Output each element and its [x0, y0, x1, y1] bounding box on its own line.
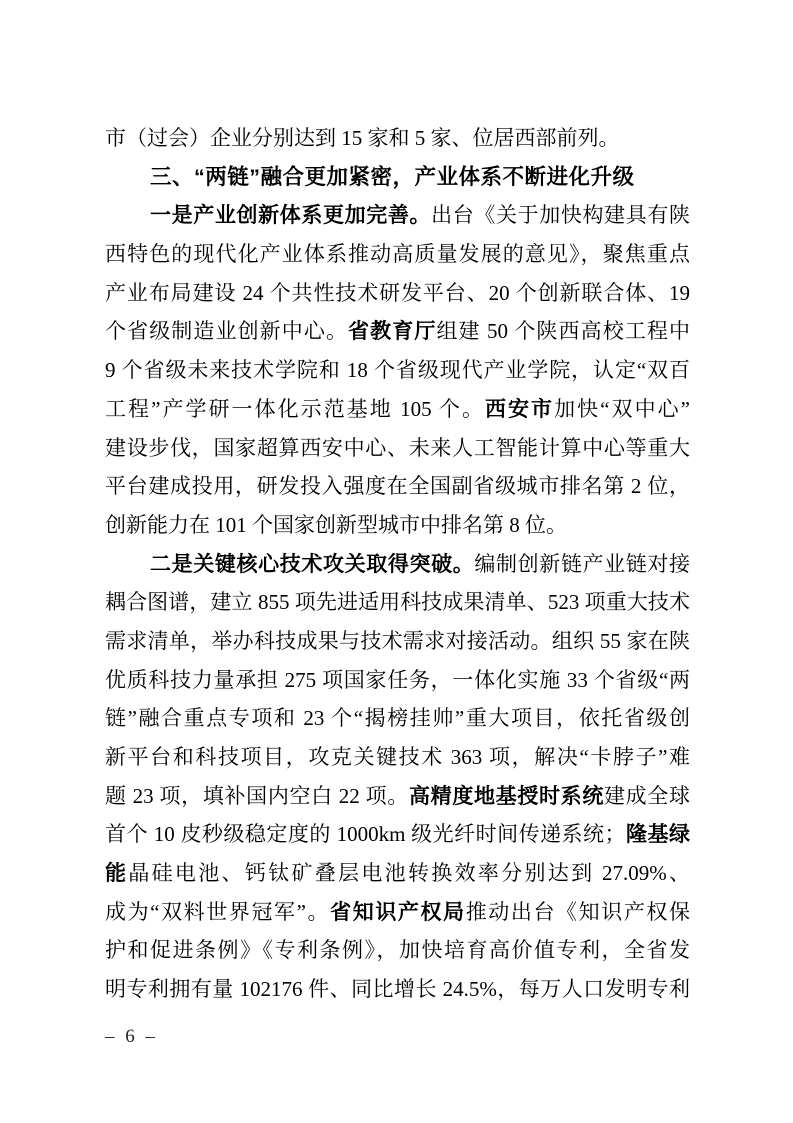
- text-run: 护和促进条例》《专利条例》，加快培育高价值专利，全省发: [105, 938, 690, 962]
- text-line: 优质科技力量承担 275 项国家任务，一体化实施 33 个省级“两: [105, 661, 690, 700]
- text-line: 建设步伐，国家超算西安中心、未来人工智能计算中心等重大: [105, 429, 690, 468]
- text-run: 耦合图谱，建立 855 项先进适用科技成果清单、523 项重大技术: [105, 590, 690, 614]
- text-run: 省知识产权局: [330, 901, 466, 924]
- text-run: 优质科技力量承担 275 项国家任务，一体化实施 33 个省级“两: [105, 668, 690, 692]
- text-run: 9 个省级未来技术学院和 18 个省级现代产业学院，认定“双百: [105, 358, 690, 382]
- text-run: 明专利拥有量 102176 件、同比增长 24.5%，每万人口发明专利: [105, 977, 690, 1001]
- text-line: 工程”产学研一体化示范基地 105 个。西安市加快“双中心”: [105, 390, 690, 429]
- text-line: 一是产业创新体系更加完善。出台《关于加快构建具有陕: [105, 196, 690, 235]
- text-run: 成为“双料世界冠军”。: [105, 900, 330, 924]
- text-line: 二是关键核心技术攻关取得突破。编制创新链产业链对接: [105, 545, 690, 584]
- text-line: 链”融合重点专项和 23 个“揭榜挂帅”重大项目，依托省级创: [105, 699, 690, 738]
- text-run: 市（过会）企业分别达到 15 家和 5 家、位居西部前列。: [105, 126, 620, 150]
- text-run: 首个 10 皮秒级稳定度的 1000km 级光纤时间传递系统；: [105, 822, 626, 846]
- text-line: 护和促进条例》《专利条例》，加快培育高价值专利，全省发: [105, 931, 690, 970]
- text-line: 能晶硅电池、钙钛矿叠层电池转换效率分别达到 27.09%、33.9%，: [105, 854, 690, 893]
- text-run: 西安市: [485, 398, 554, 421]
- document-page: 市（过会）企业分别达到 15 家和 5 家、位居西部前列。三、“两链”融合更加紧…: [0, 0, 793, 1123]
- text-line: 产业布局建设 24 个共性技术研发平台、20 个创新联合体、19: [105, 274, 690, 313]
- text-run: 工程”产学研一体化示范基地 105 个。: [105, 397, 485, 421]
- text-line: 题 23 项，填补国内空白 22 项。高精度地基授时系统建成全球: [105, 777, 690, 816]
- text-line: 首个 10 皮秒级稳定度的 1000km 级光纤时间传递系统；隆基绿: [105, 815, 690, 854]
- text-line: 明专利拥有量 102176 件、同比增长 24.5%，每万人口发明专利: [105, 970, 690, 1009]
- text-run: 建成全球: [604, 784, 690, 808]
- text-run: 建设步伐，国家超算西安中心、未来人工智能计算中心等重大: [105, 436, 690, 460]
- text-line: 平台建成投用，研发投入强度在全国副省级城市排名第 2 位，: [105, 467, 690, 506]
- text-line: 9 个省级未来技术学院和 18 个省级现代产业学院，认定“双百: [105, 351, 690, 390]
- text-run: 西特色的现代化产业体系推动高质量发展的意见》，聚焦重点: [105, 242, 690, 266]
- text-run: 高精度地基授时系统: [409, 785, 604, 808]
- section-heading: 三、“两链”融合更加紧密，产业体系不断进化升级: [105, 158, 690, 197]
- page-number: – 6 –: [105, 1023, 158, 1051]
- text-line: 创新能力在 101 个国家创新型城市中排名第 8 位。: [105, 506, 690, 545]
- text-run: 隆基绿: [626, 823, 690, 846]
- text-line: 新平台和科技项目，攻克关键技术 363 项，解决“卡脖子”难: [105, 738, 690, 777]
- text-run: 加快“双中心”: [554, 397, 690, 421]
- text-line: 成为“双料世界冠军”。省知识产权局推动出台《知识产权保: [105, 893, 690, 932]
- text-run: 晶硅电池、钙钛矿叠层电池转换效率分别达到 27.09%、33.9%，: [105, 861, 690, 893]
- text-run: 需求清单，举办科技成果与技术需求对接活动。组织 55 家在陕: [105, 629, 690, 653]
- text-run: 省教育厅: [348, 320, 436, 343]
- text-line: 个省级制造业创新中心。省教育厅组建 50 个陕西高校工程中心、: [105, 312, 690, 351]
- text-run: 编制创新链产业链对接: [474, 552, 690, 576]
- text-run: 新平台和科技项目，攻克关键技术 363 项，解决“卡脖子”难: [105, 745, 690, 769]
- text-block: 市（过会）企业分别达到 15 家和 5 家、位居西部前列。三、“两链”融合更加紧…: [105, 119, 690, 1009]
- text-run: 创新能力在 101 个国家创新型城市中排名第 8 位。: [105, 513, 567, 537]
- text-run: 推动出台《知识产权保: [466, 900, 690, 924]
- text-line: 西特色的现代化产业体系推动高质量发展的意见》，聚焦重点: [105, 235, 690, 274]
- text-line: 市（过会）企业分别达到 15 家和 5 家、位居西部前列。: [105, 119, 690, 158]
- text-run: 平台建成投用，研发投入强度在全国副省级城市排名第 2 位，: [105, 474, 690, 498]
- text-run: 产业布局建设 24 个共性技术研发平台、20 个创新联合体、19: [105, 281, 690, 305]
- text-run: 出台《关于加快构建具有陕: [431, 203, 690, 227]
- text-line: 需求清单，举办科技成果与技术需求对接活动。组织 55 家在陕: [105, 622, 690, 661]
- text-run: 三、“两链”融合更加紧密，产业体系不断进化升级: [150, 165, 635, 189]
- text-run: 二是关键核心技术攻关取得突破。: [150, 552, 474, 576]
- text-run: 个省级制造业创新中心。: [105, 319, 348, 343]
- text-run: 能: [105, 862, 128, 885]
- text-run: 题 23 项，填补国内空白 22 项。: [105, 784, 409, 808]
- text-line: 耦合图谱，建立 855 项先进适用科技成果清单、523 项重大技术: [105, 583, 690, 622]
- text-run: 链”融合重点专项和 23 个“揭榜挂帅”重大项目，依托省级创: [105, 706, 690, 730]
- text-run: 一是产业创新体系更加完善。: [150, 203, 431, 227]
